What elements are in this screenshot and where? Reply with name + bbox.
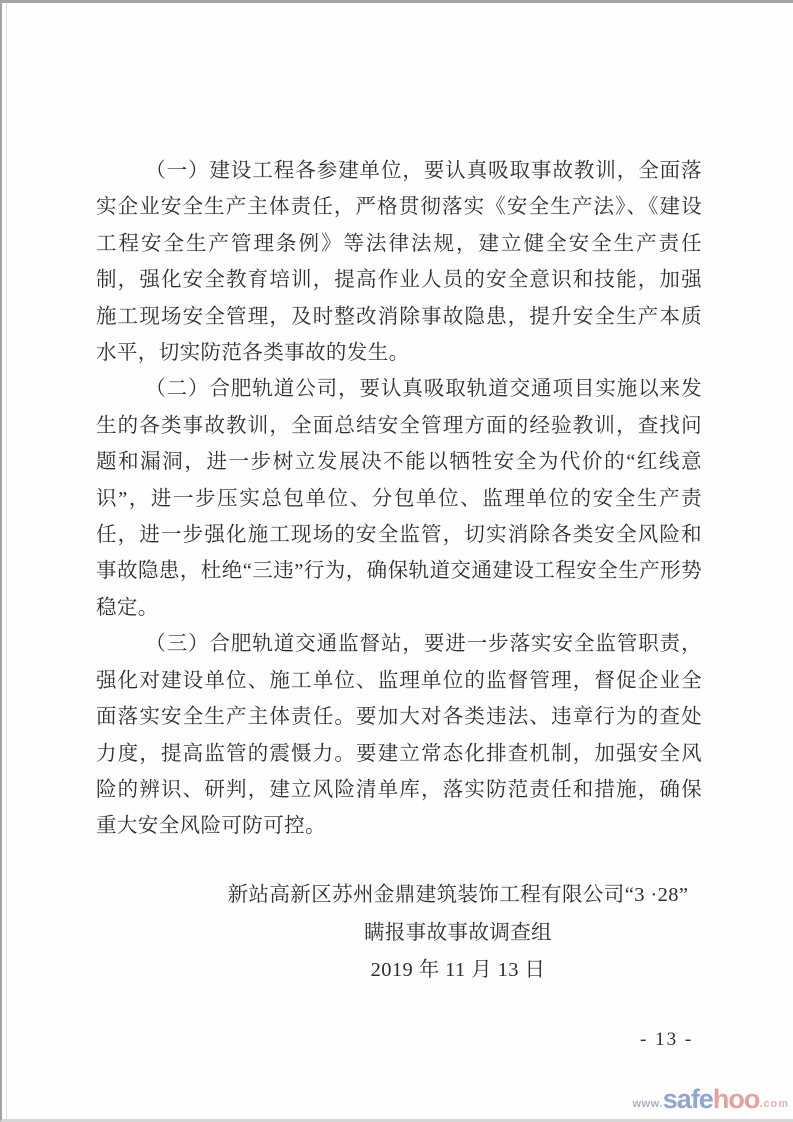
watermark-www-prefix: www. bbox=[632, 1098, 662, 1110]
scanned-document-page: （一）建设工程各参建单位，要认真吸取事故教训，全面落实企业安全生产主体责任，严格… bbox=[0, 0, 793, 1122]
signature-organization-line1: 新站高新区苏州金鼎建筑装饰工程有限公司“3 ·28” bbox=[212, 877, 704, 915]
paragraph-2: （二）合肥轨道公司，要认真吸取轨道交通项目实施以来发生的各类事故教训，全面总结安… bbox=[96, 371, 702, 626]
paragraph-3: （三）合肥轨道交通监督站，要进一步落实安全监管职责，强化对建设单位、施工单位、监… bbox=[96, 626, 702, 844]
paragraph-1: （一）建设工程各参建单位，要认真吸取事故教训，全面落实企业安全生产主体责任，严格… bbox=[96, 153, 702, 371]
signature-block: 新站高新区苏州金鼎建筑装饰工程有限公司“3 ·28” 瞒报事故事故调查组 201… bbox=[212, 877, 704, 990]
watermark-safe-text: safe bbox=[663, 1084, 713, 1114]
page-number: - 13 - bbox=[640, 1029, 693, 1051]
watermark-com-suffix: .com bbox=[759, 1098, 789, 1110]
signature-date: 2019 年 11 月 13 日 bbox=[212, 952, 704, 990]
signature-organization-line2: 瞒报事故事故调查组 bbox=[212, 915, 704, 953]
scan-edge-line bbox=[6, 3, 7, 1119]
safehoo-watermark: www.safehoo.com bbox=[632, 1086, 789, 1113]
document-body: （一）建设工程各参建单位，要认真吸取事故教训，全面落实企业安全生产主体责任，严格… bbox=[96, 153, 702, 845]
watermark-hoo-text: hoo bbox=[713, 1084, 759, 1114]
